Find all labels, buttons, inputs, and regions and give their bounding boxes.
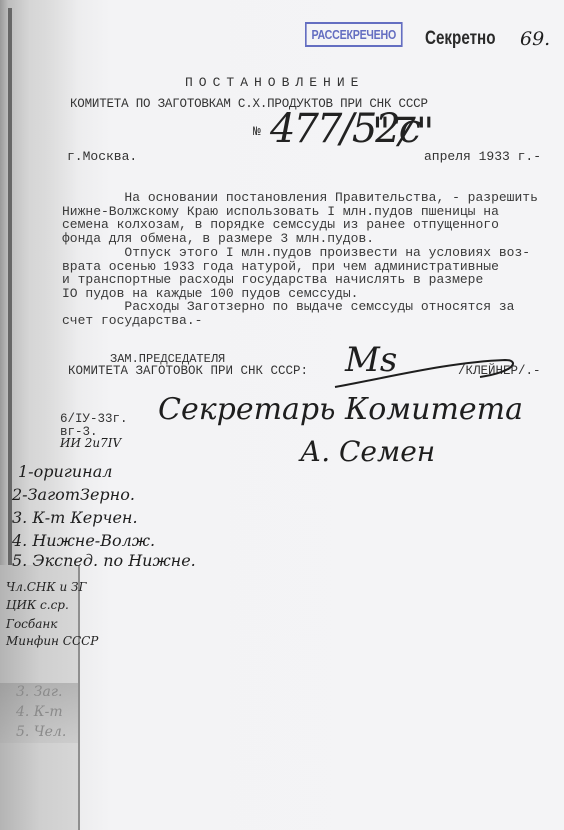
slip-item: Минфин СССР <box>6 634 98 648</box>
second-signature: А. Семен <box>300 435 435 468</box>
date-month-year: апреля 1933 г.- <box>424 149 541 164</box>
secretary-handwritten-note: Секретарь Комитета <box>158 392 523 427</box>
distribution-item: 4. Нижне-Волж. <box>12 531 155 550</box>
registration-handwritten: ИИ 2и7IV <box>60 436 121 450</box>
body-paragraph-3: Расходы Заготзерно по выдаче семссуды от… <box>62 300 514 327</box>
faded-slip-item: 3. Заг. <box>16 684 62 700</box>
faded-slip-item: 4. К-т <box>16 704 63 720</box>
body-paragraph-2: Отпуск этого I млн.пудов произвести на у… <box>62 246 530 300</box>
document-heading: ПОСТАНОВЛЕНИЕ <box>185 75 364 90</box>
distribution-item: 3. К-т Керчен. <box>12 508 138 527</box>
signature-flourish <box>330 352 520 392</box>
document-page: РАССЕКРЕЧЕНО Секретно 69. ПОСТАНОВЛЕНИЕ … <box>0 0 564 830</box>
slip-item: ЦИК с.ср. <box>6 598 69 612</box>
city: г.Москва. <box>67 149 137 164</box>
declassified-stamp: РАССЕКРЕЧЕНО <box>305 22 403 47</box>
registration-date: 6/IУ-33г. <box>60 412 128 426</box>
distribution-item: 2-ЗаготЗерно. <box>12 485 135 504</box>
faded-slip-item: 5. Чел. <box>16 724 66 740</box>
distribution-item: 5. Экспед. по Нижне. <box>12 551 196 570</box>
slip-item: Чл.СНК и ЗГ <box>6 580 86 594</box>
attached-slip-edge <box>78 565 80 830</box>
number-sign: № <box>253 124 261 139</box>
slip-item: Госбанк <box>6 617 57 631</box>
signatory-committee: КОМИТЕТА ЗАГОТОВОК ПРИ СНК СССР: <box>68 364 308 378</box>
classification-label: Секретно <box>425 28 495 50</box>
body-paragraph-1: На основании постановления Правительства… <box>62 191 538 245</box>
distribution-item: 1-оригинал <box>18 462 112 481</box>
page-number: 69. <box>520 28 550 50</box>
